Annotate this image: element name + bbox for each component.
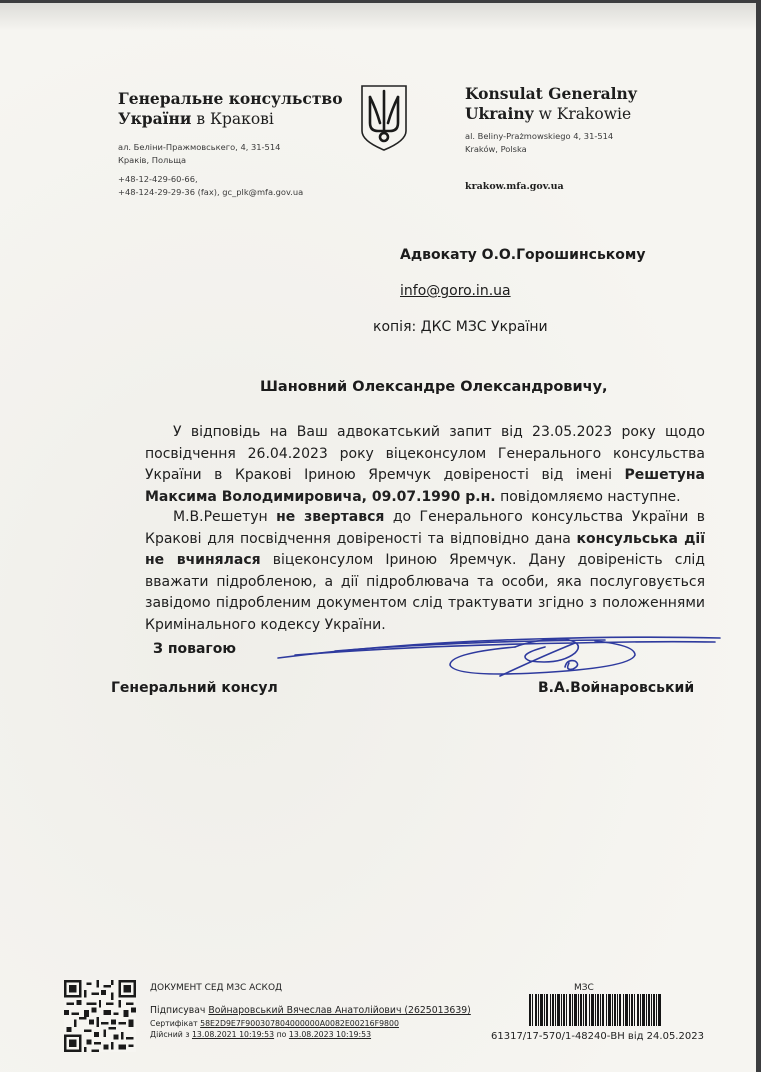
letterhead-right-country: Ukrainy <box>465 104 534 123</box>
paragraph-2-emphasis-1: не звертався <box>276 509 384 525</box>
validity-to: 13.08.2023 10:19:53 <box>289 1030 371 1039</box>
letterhead-right-address: al. Beliny-Prażmowskiego 4, 31-514 Krakó… <box>465 130 613 155</box>
paragraph-2-text: М.В.Решетун <box>173 509 276 525</box>
letterhead-left-address: ал. Беліни-Пражмовськего, 4, 31-514 Крак… <box>118 141 280 166</box>
handwritten-signature <box>275 633 725 683</box>
copy-recipient: копія: ДКС МЗС України <box>373 319 548 335</box>
signer-title: Генеральний консул <box>111 680 278 696</box>
certificate-label: Сертифікат <box>150 1019 200 1028</box>
letterhead-left-contacts: +48-12-429-60-66, +48-124-29-29-36 (fax)… <box>118 173 303 198</box>
registration-number: 61317/17-570/1-48240-ВН від 24.05.2023 <box>491 1031 704 1042</box>
validity-label: Дійсний з <box>150 1030 192 1039</box>
closing-phrase: З повагою <box>153 641 236 657</box>
signer-value: Войнаровський Вячеслав Анатолійович (262… <box>208 1005 470 1016</box>
letterhead-right-title-line2: Ukrainy w Krakowie <box>465 104 637 124</box>
consulate-website-link[interactable]: krakow.mfa.gov.ua <box>465 181 564 192</box>
letterhead-right-city: w Krakowie <box>534 105 631 123</box>
recipient-email-link[interactable]: info@goro.in.ua <box>400 283 511 299</box>
barcode <box>529 994 661 1026</box>
letterhead-left-phone: +48-12-429-60-66, <box>118 173 303 186</box>
trident-coat-of-arms-icon <box>358 83 410 153</box>
validity-separator: по <box>274 1030 289 1039</box>
letterhead-left-title: Генеральне консульство України в Кракові <box>118 89 343 129</box>
letterhead-left-title-line2: України в Кракові <box>118 109 343 129</box>
letterhead-right-address-line2: Kraków, Polska <box>465 143 613 156</box>
letterhead-left-city: в Кракові <box>191 110 273 128</box>
letter-paragraph-2: М.В.Решетун не звертався до Генерального… <box>145 507 705 636</box>
letter-greeting: Шановний Олександре Олександровичу, <box>260 379 608 395</box>
paragraph-1-text-end: повідомляємо наступне. <box>496 489 681 505</box>
letterhead-right-title: Konsulat Generalny Ukrainy w Krakowie <box>465 84 637 124</box>
validity-from: 13.08.2021 10:19:53 <box>192 1030 274 1039</box>
certificate-value: 58E2D9E7F900307804000000A0082E00216F9800 <box>200 1019 399 1028</box>
letterhead-left-country: України <box>118 109 191 128</box>
letterhead-left-address-line1: ал. Беліни-Пражмовськего, 4, 31-514 <box>118 141 280 154</box>
document-page: Генеральне консульство України в Кракові… <box>0 3 756 1072</box>
letterhead-left-title-line1: Генеральне консульство <box>118 89 343 109</box>
letterhead-left-address-line2: Краків, Польща <box>118 154 280 167</box>
letter-paragraph-1: У відповідь на Ваш адвокатський запит ві… <box>145 422 705 508</box>
barcode-label: МЗС <box>574 983 594 993</box>
letterhead-left-fax-email: +48-124-29-29-36 (fax), gc_plk@mfa.gov.u… <box>118 186 303 199</box>
letterhead-right-address-line1: al. Beliny-Prażmowskiego 4, 31-514 <box>465 130 613 143</box>
certificate-info: Сертифікат 58E2D9E7F900307804000000A0082… <box>150 1019 399 1028</box>
document-system-title: ДОКУМЕНТ СЕД МЗС АСКОД <box>150 983 282 993</box>
signer-info: Підписувач Войнаровський Вячеслав Анатол… <box>150 1005 471 1016</box>
signer-label: Підписувач <box>150 1005 208 1016</box>
paragraph-1-text: У відповідь на Ваш адвокатський запит ві… <box>145 424 705 483</box>
qr-code <box>64 980 136 1052</box>
letterhead-right-title-line1: Konsulat Generalny <box>465 84 637 104</box>
validity-info: Дійсний з 13.08.2021 10:19:53 по 13.08.2… <box>150 1030 371 1039</box>
recipient-name: Адвокату О.О.Горошинському <box>400 247 646 263</box>
